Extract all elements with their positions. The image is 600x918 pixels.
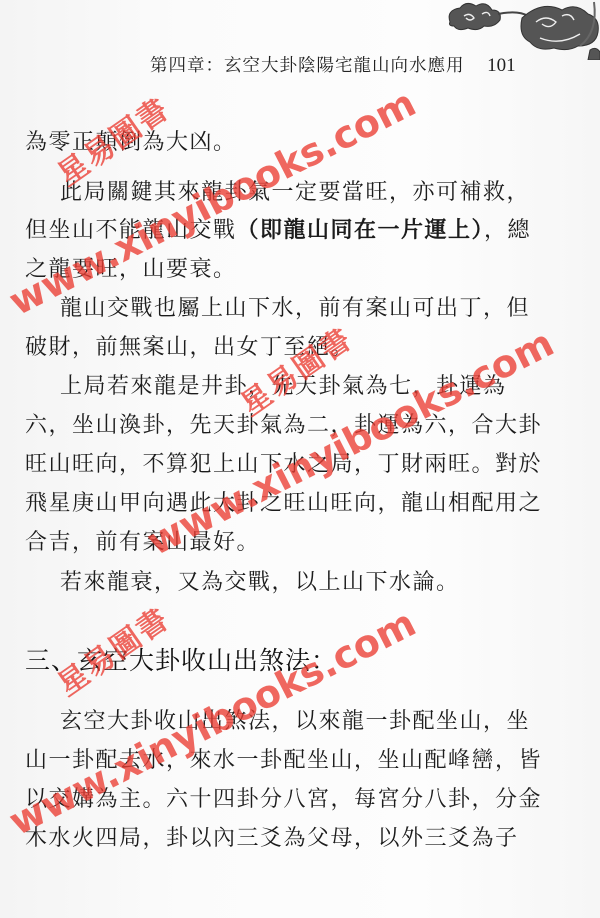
section-heading: 三、玄空大卦收山出煞法： (25, 646, 337, 676)
text-line: 破財，前無案山，出女丁至絕。 (25, 335, 354, 361)
watermark-cn: 星易圖書 (230, 315, 360, 424)
chapter-title: 第四章：玄空大卦陰陽宅龍山向水應用 (150, 56, 465, 76)
page-number: 101 (487, 55, 516, 76)
text-line: 六，坐山渙卦，先天卦氣為二，卦運為六，合大卦 (25, 413, 542, 439)
text-line: 上局若來龍是井卦，先天卦氣為七，卦運為 (60, 374, 507, 400)
text-span: ，總 (484, 218, 531, 243)
book-page: 第四章：玄空大卦陰陽宅龍山向水應用 101 為零正顛倒為大凶。 此局關鍵其來龍卦… (0, 0, 600, 918)
text-line: 山一卦配去水，來水一卦配坐山，坐山配峰巒，皆 (25, 748, 542, 774)
text-line: 但坐山不能龍山交戰（即龍山同在一片運上），總 (25, 218, 531, 244)
running-header: 第四章：玄空大卦陰陽宅龍山向水應用 101 (150, 52, 580, 77)
text-span: 但坐山不能龍山交戰 (25, 218, 237, 243)
text-line: 旺山旺向，不算犯上山下水之局，丁財兩旺。對於 (25, 452, 542, 478)
bold-parenthetical: （即龍山同在一片運上） (237, 218, 485, 243)
text-line: 此局關鍵其來龍卦氣一定要當旺，亦可補救， (60, 180, 530, 206)
text-line: 木水火四局，卦以內三爻為父母，以外三爻為子 (25, 826, 519, 852)
text-line: 若來龍衰，又為交戰，以上山下水論。 (60, 570, 460, 596)
text-line: 之龍要旺，山要衰。 (25, 257, 237, 283)
text-line: 龍山交戰也屬上山下水，前有案山可出丁，但 (60, 296, 530, 322)
text-line: 以交媾為主。六十四卦分八宮，每宮分八卦，分金 (25, 787, 542, 813)
text-line: 飛星庚山甲向遇此大卦之旺山旺向，龍山相配用之 (25, 491, 542, 517)
text-line: 為零正顛倒為大凶。 (25, 130, 237, 156)
cloud-ornament-icon (390, 0, 600, 60)
text-line: 合吉，前有案山最好。 (25, 530, 260, 556)
text-line: 玄空大卦收山出煞法，以來龍一卦配坐山，坐 (60, 709, 530, 735)
